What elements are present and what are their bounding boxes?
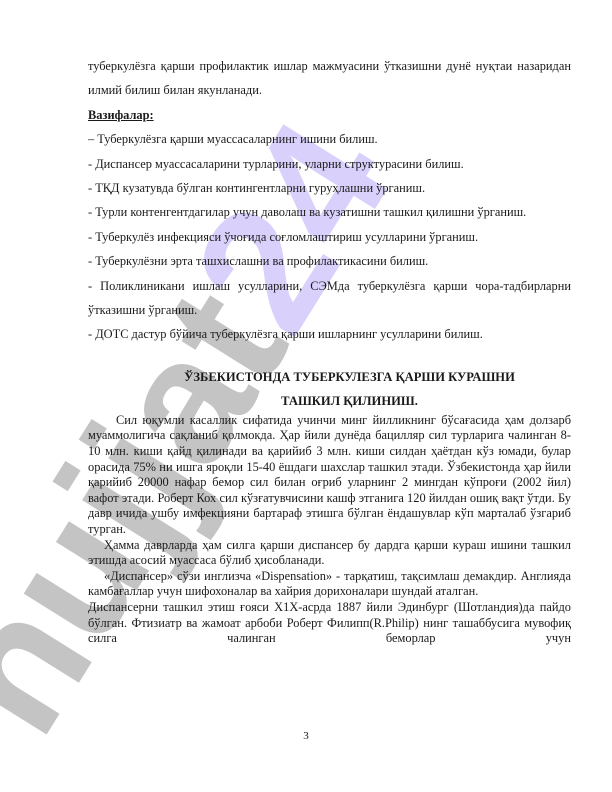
body-paragraph: «Диспансер» сўзи инглизча «Dispensation»…	[88, 569, 571, 600]
task-item: - Поликлиникани ишлаш усулларини, СЭМда …	[88, 274, 571, 323]
body-paragraph: Диспансерни ташкил этиш ғояси X1X-асрда …	[88, 600, 571, 647]
section-title: ЎЗБЕКИСТОНДА ТУБЕРКУЛЕЗГА ҚАРШИ КУРАШНИ …	[88, 365, 571, 413]
task-item: - Диспансер муассасаларини турларини, ул…	[88, 152, 571, 176]
intro-paragraph: туберкулёзга қарши профилактик ишлар маж…	[88, 54, 571, 103]
task-item: - Турли контенгентдагилар учун даволаш в…	[88, 200, 571, 224]
page-number: 3	[0, 730, 612, 742]
section-title-line2: ТАШКИЛ ҚИЛИНИШ.	[128, 389, 571, 413]
task-item: – Туберкулёзга қарши муассасаларнинг иши…	[88, 127, 571, 151]
body-paragraph: Ҳамма даврларда ҳам силга қарши диспансе…	[88, 538, 571, 569]
task-item: - ДОТС дастур бўйича туберкулёзга қарши …	[88, 322, 571, 346]
document-body: туберкулёзга қарши профилактик ишлар маж…	[88, 54, 571, 647]
body-paragraph: Сил юқумли касаллик сифатида учинчи минг…	[88, 413, 571, 538]
tasks-heading: Вазифалар:	[88, 103, 571, 127]
task-item: - Туберкулёзни эрта ташхислашни ва профи…	[88, 249, 571, 273]
task-item: - Туберкулёз инфекцияси ўчоғида соғломла…	[88, 225, 571, 249]
section-title-line1: ЎЗБЕКИСТОНДА ТУБЕРКУЛЕЗГА ҚАРШИ КУРАШНИ	[128, 365, 571, 389]
task-item: - ТҚД кузатувда бўлган контингентларни г…	[88, 176, 571, 200]
document-page: hujjat24 туберкулёзга қарши профилактик …	[0, 0, 612, 792]
